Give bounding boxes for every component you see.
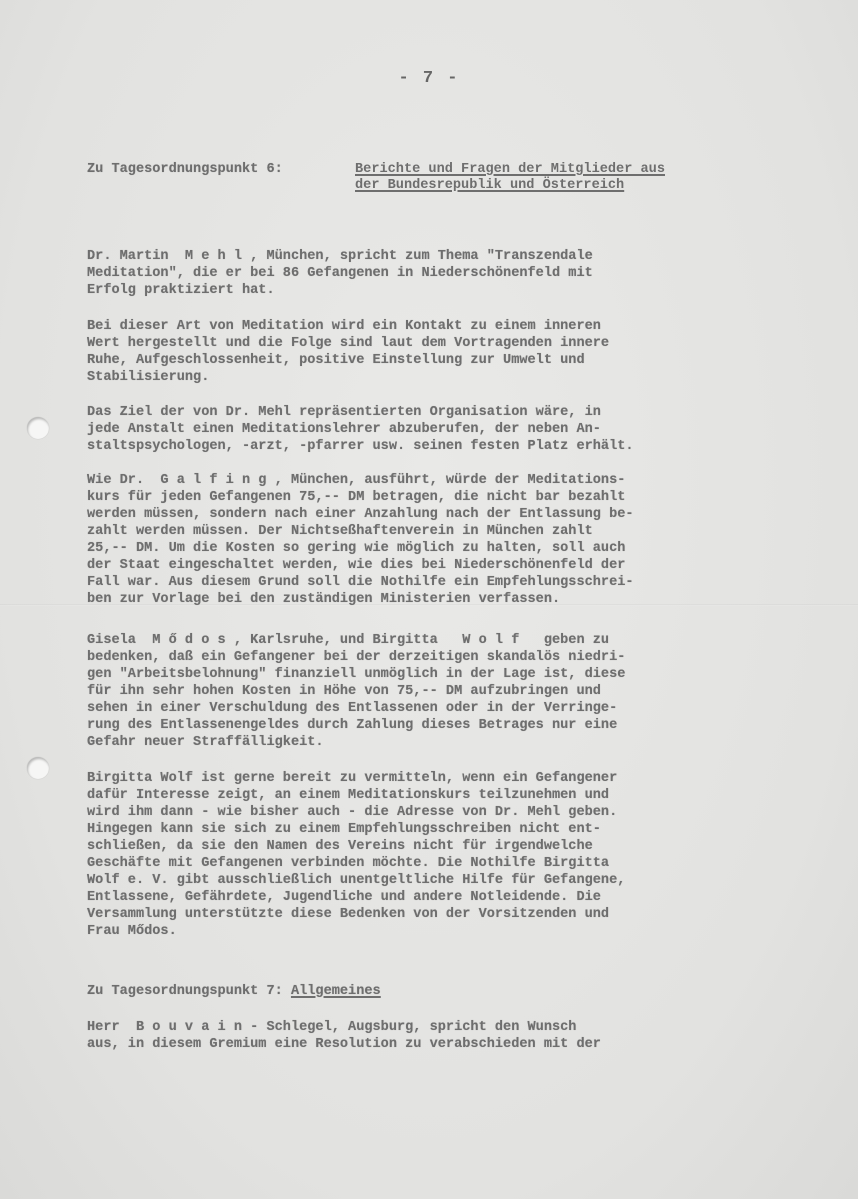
text-line: Stabilisierung. [87, 369, 209, 386]
agenda-item-6-title-line-2: der Bundesrepublik und Österreich [355, 177, 624, 194]
text-line: bedenken, daß ein Gefangener bei der der… [87, 649, 625, 666]
text-line: Gefahr neuer Straffälligkeit. [87, 734, 324, 751]
text-line: schließen, da sie den Namen des Vereins … [87, 838, 593, 855]
text-line: staltspsychologen, -arzt, -pfarrer usw. … [87, 438, 634, 455]
agenda-item-7-heading: Zu Tagesordnungspunkt 7: Allgemeines [87, 983, 381, 1000]
agenda-item-7-title: Allgemeines [291, 984, 381, 999]
text-line: Wolf e. V. gibt ausschließlich unentgelt… [87, 872, 625, 889]
text-line: Birgitta Wolf ist gerne bereit zu vermit… [87, 770, 617, 787]
text-line: wird ihm dann - wie bisher auch - die Ad… [87, 804, 617, 821]
text-line: Geschäfte mit Gefangenen verbinden möcht… [87, 855, 609, 872]
text-line: Gisela M ő d o s , Karlsruhe, und Birgit… [87, 632, 609, 649]
text-line: der Staat eingeschaltet werden, wie dies… [87, 557, 625, 574]
agenda-item-7-label: Zu Tagesordnungspunkt 7: [87, 984, 291, 999]
text-line: Erfolg praktiziert hat. [87, 282, 275, 299]
page-number: - 7 - [0, 69, 858, 88]
text-line: dafür Interesse zeigt, an einem Meditati… [87, 787, 609, 804]
text-line: werden müssen, sondern nach einer Anzahl… [87, 506, 634, 523]
text-line: sehen in einer Verschuldung des Entlasse… [87, 700, 617, 717]
punch-hole-top [27, 417, 49, 439]
text-line: kurs für jeden Gefangenen 75,-- DM betra… [87, 489, 625, 506]
punch-hole-bottom [27, 757, 49, 779]
text-line: Fall war. Aus diesem Grund soll die Noth… [87, 574, 634, 591]
text-line: für ihn sehr hohen Kosten in Höhe von 75… [87, 683, 601, 700]
text-line: jede Anstalt einen Meditationslehrer abz… [87, 421, 601, 438]
text-line: Ruhe, Aufgeschlossenheit, positive Einst… [87, 352, 585, 369]
text-line: gen "Arbeitsbelohnung" finanziell unmögl… [87, 666, 625, 683]
text-line: Wie Dr. G a l f i n g , München, ausführ… [87, 472, 625, 489]
agenda-item-6-title-line-1: Berichte und Fragen der Mitglieder aus [355, 161, 665, 178]
text-line: ben zur Vorlage bei den zuständigen Mini… [87, 591, 560, 608]
text-line: Meditation", die er bei 86 Gefangenen in… [87, 265, 593, 282]
text-line: Dr. Martin M e h l , München, spricht zu… [87, 248, 593, 265]
agenda-item-6-label: Zu Tagesordnungspunkt 6: [87, 161, 291, 178]
text-line: Hingegen kann sie sich zu einem Empfehlu… [87, 821, 601, 838]
text-line: Entlassene, Gefährdete, Jugendliche und … [87, 889, 601, 906]
text-line: 25,-- DM. Um die Kosten so gering wie mö… [87, 540, 625, 557]
text-line: Bei dieser Art von Meditation wird ein K… [87, 318, 601, 335]
text-line: Wert hergestellt und die Folge sind laut… [87, 335, 609, 352]
text-line: Frau Mődos. [87, 923, 177, 940]
text-line: Herr B o u v a i n - Schlegel, Augsburg,… [87, 1019, 576, 1036]
text-line: aus, in diesem Gremium eine Resolution z… [87, 1036, 601, 1053]
text-line: Das Ziel der von Dr. Mehl repräsentierte… [87, 404, 601, 421]
text-line: rung des Entlassenengeldes durch Zahlung… [87, 717, 617, 734]
document-page: - 7 - Zu Tagesordnungspunkt 6: Berichte … [0, 0, 858, 1199]
text-line: Versammlung unterstützte diese Bedenken … [87, 906, 609, 923]
text-line: zahlt werden müssen. Der Nichtseßhaftenv… [87, 523, 593, 540]
